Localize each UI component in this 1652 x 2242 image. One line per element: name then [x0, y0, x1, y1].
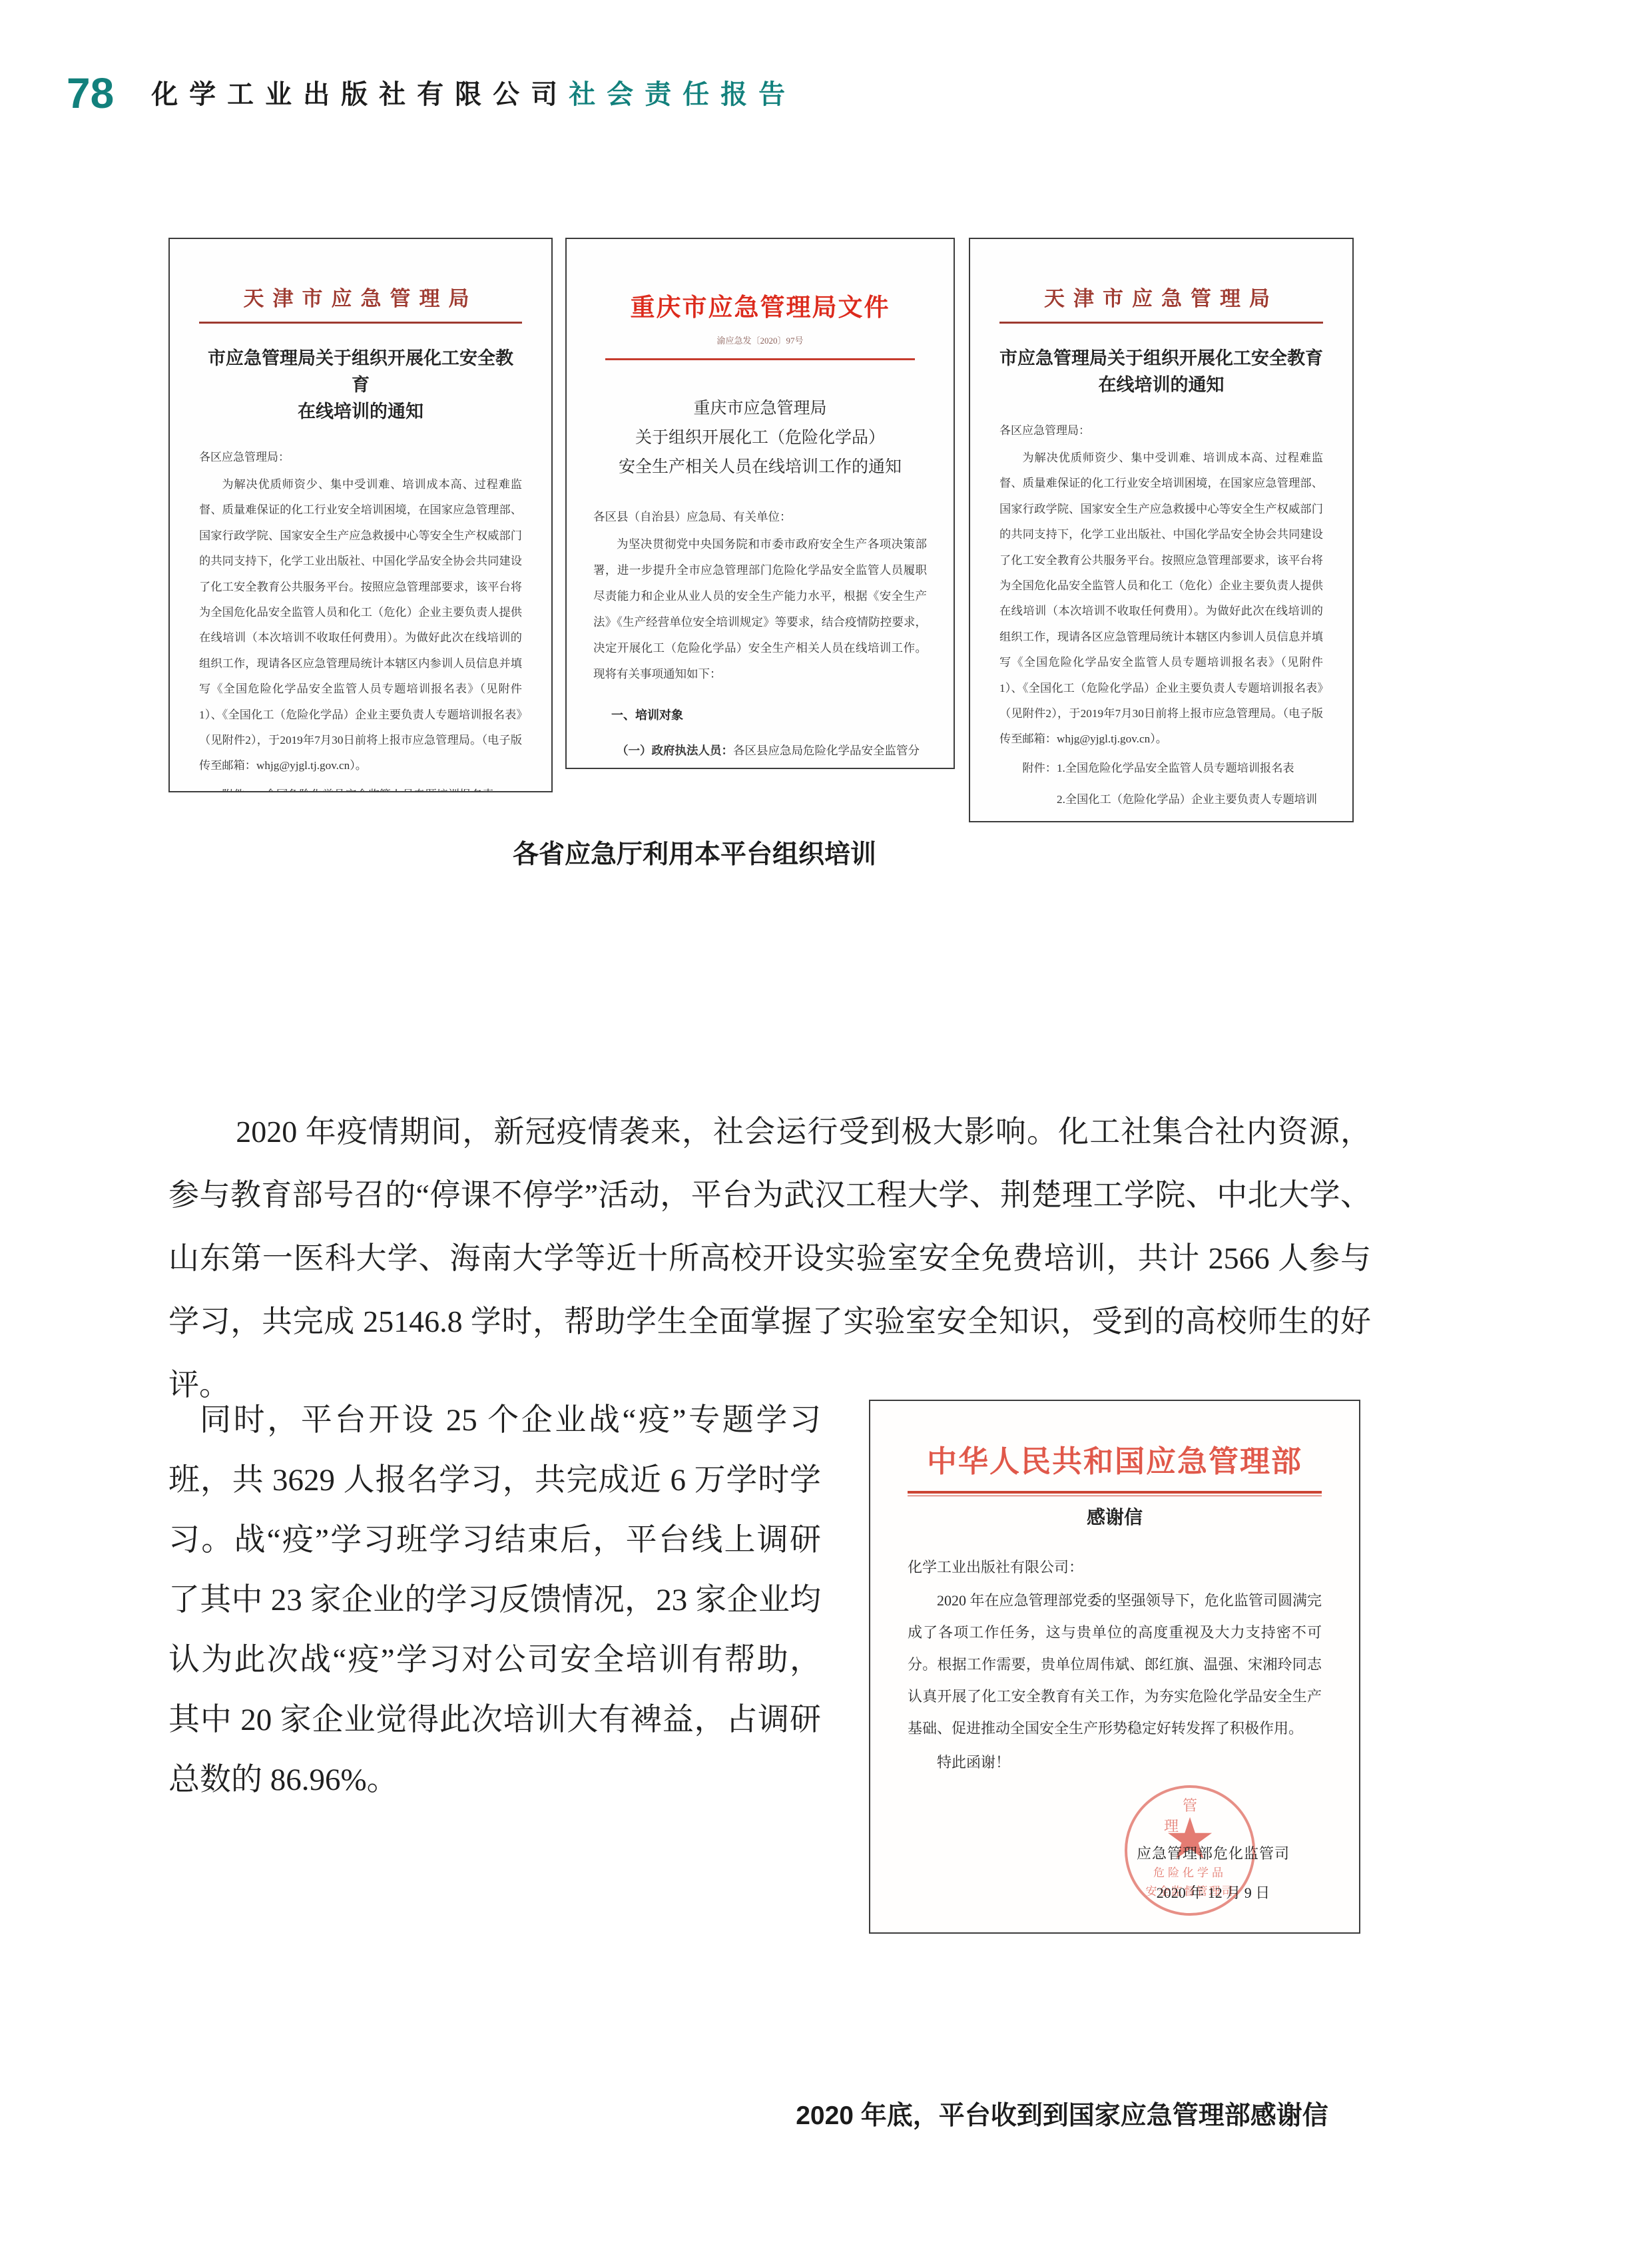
doc1-agency-name: 天津市应急管理局 [199, 282, 522, 312]
thank-you-letter-scan: 中华人民共和国应急管理部 感谢信 化学工业出版社有限公司： 2020 年在应急管… [869, 1400, 1360, 1934]
doc2-red-rule [605, 358, 915, 360]
documents-caption: 各省应急厅利用本平台组织培训 [168, 834, 1221, 871]
report-title-subject: 社会责任报告 [569, 80, 796, 109]
letter-signature-block: 管理 ★ 危险化学品 安全监督管理司 应急管理部危化监管司 2020 年 12 … [908, 1781, 1322, 1934]
body-paragraph-1: 2020 年疫情期间，新冠疫情袭来，社会运行受到极大影响。化工社集合社内资源，参… [168, 1100, 1371, 1416]
letter-agency-name: 中华人民共和国应急管理部 [908, 1437, 1322, 1480]
document-chongqing-notice: 重庆市应急管理局文件 渝应急发〔2020〕97号 重庆市应急管理局 关于组织开展… [565, 238, 955, 769]
doc3-title-line1: 市应急管理局关于组织开展化工安全教育 [999, 345, 1323, 372]
doc3-attachment-2: 2.全国化工（危险化学品）企业主要负责人专题培训 [999, 784, 1323, 815]
doc2-title-line2: 关于组织开展化工（危险化学品） [593, 423, 927, 452]
doc3-agency-name: 天津市应急管理局 [999, 282, 1323, 312]
doc1-salutation: 各区应急管理局： [199, 447, 522, 464]
doc3-red-rule [999, 322, 1323, 324]
doc3-attachment-1: 附件：1.全国危险化学品安全监管人员专题培训报名表 [999, 752, 1323, 784]
letter-closing: 特此函谢！ [908, 1751, 1322, 1772]
letter-signer: 应急管理部危化监管司 2020 年 12 月 9 日 [1137, 1842, 1290, 1902]
letter-type-title: 感谢信 [908, 1503, 1322, 1530]
doc2-salutation: 各区县（自治县）应急局、有关单位： [593, 508, 927, 525]
report-page: 78 化学工业出版社有限公司社会责任报告 天津市应急管理局 市应急管理局关于组织… [0, 0, 1652, 2242]
doc3-title-line2: 在线培训的通知 [999, 372, 1323, 398]
doc3-title: 市应急管理局关于组织开展化工安全教育 在线培训的通知 [999, 345, 1323, 398]
document-scans-row: 天津市应急管理局 市应急管理局关于组织开展化工安全教育 在线培训的通知 各区应急… [168, 238, 1354, 822]
letter-red-rule [908, 1491, 1322, 1496]
signer-name: 应急管理部危化监管司 [1137, 1842, 1290, 1863]
document-tianjin-notice-1: 天津市应急管理局 市应急管理局关于组织开展化工安全教育 在线培训的通知 各区应急… [168, 238, 553, 792]
doc2-section-heading: 一、培训对象 [593, 706, 927, 723]
letter-body: 2020 年在应急管理部党委的坚强领导下，危化监管司圆满完成了各项工作任务，这与… [908, 1585, 1322, 1745]
doc3-attachment-3: 报名表 [999, 815, 1323, 822]
page-header: 78 化学工业出版社有限公司社会责任报告 [67, 73, 796, 113]
doc2-agency-name: 重庆市应急管理局文件 [593, 287, 927, 323]
doc1-title: 市应急管理局关于组织开展化工安全教育 在线培训的通知 [199, 345, 522, 425]
doc2-body: 为坚决贯彻党中央国务院和市委市政府安全生产各项决策部署，进一步提升全市应急管理部… [593, 531, 927, 687]
document-tianjin-notice-2: 天津市应急管理局 市应急管理局关于组织开展化工安全教育 在线培训的通知 各区应急… [969, 238, 1354, 822]
doc1-attachment-1: 附件：1.全国危险化学品安全监管人员专题培训报名表 [199, 779, 522, 792]
doc2-file-number: 渝应急发〔2020〕97号 [593, 334, 927, 346]
doc2-item-1-text: 各区县应急局危险化学品安全监管分 [733, 744, 920, 757]
letter-caption: 2020 年底，平台收到到国家应急管理部感谢信 [573, 2095, 1551, 2132]
doc1-title-line1: 市应急管理局关于组织开展化工安全教育 [199, 345, 522, 398]
doc1-body: 为解决优质师资少、集中受训难、培训成本高、过程难监督、质量难保证的化工行业安全培… [199, 472, 522, 779]
doc3-body: 为解决优质师资少、集中受训难、培训成本高、过程难监督、质量难保证的化工行业安全培… [999, 445, 1323, 752]
doc2-title-line1: 重庆市应急管理局 [593, 394, 927, 423]
doc1-title-line2: 在线培训的通知 [199, 398, 522, 425]
letter-salutation: 化学工业出版社有限公司： [908, 1556, 1322, 1577]
page-number: 78 [67, 75, 114, 113]
doc2-title-line3: 安全生产相关人员在线培训工作的通知 [593, 452, 927, 481]
report-title-company: 化学工业出版社有限公司 [151, 80, 569, 109]
doc3-salutation: 各区应急管理局： [999, 421, 1323, 437]
report-title: 化学工业出版社有限公司社会责任报告 [151, 73, 796, 113]
body-paragraph-2: 同时，平台开设 25 个企业战“疫”专题学习班，共 3629 人报名学习，共完成… [168, 1390, 821, 1810]
doc2-item-1: （一）政府执法人员：各区县应急局危险化学品安全监管分 [593, 742, 927, 758]
doc1-red-rule [199, 322, 522, 324]
doc2-title: 重庆市应急管理局 关于组织开展化工（危险化学品） 安全生产相关人员在线培训工作的… [593, 394, 927, 481]
doc2-item-1-lead: （一）政府执法人员： [617, 744, 733, 757]
signer-date: 2020 年 12 月 9 日 [1137, 1882, 1290, 1902]
